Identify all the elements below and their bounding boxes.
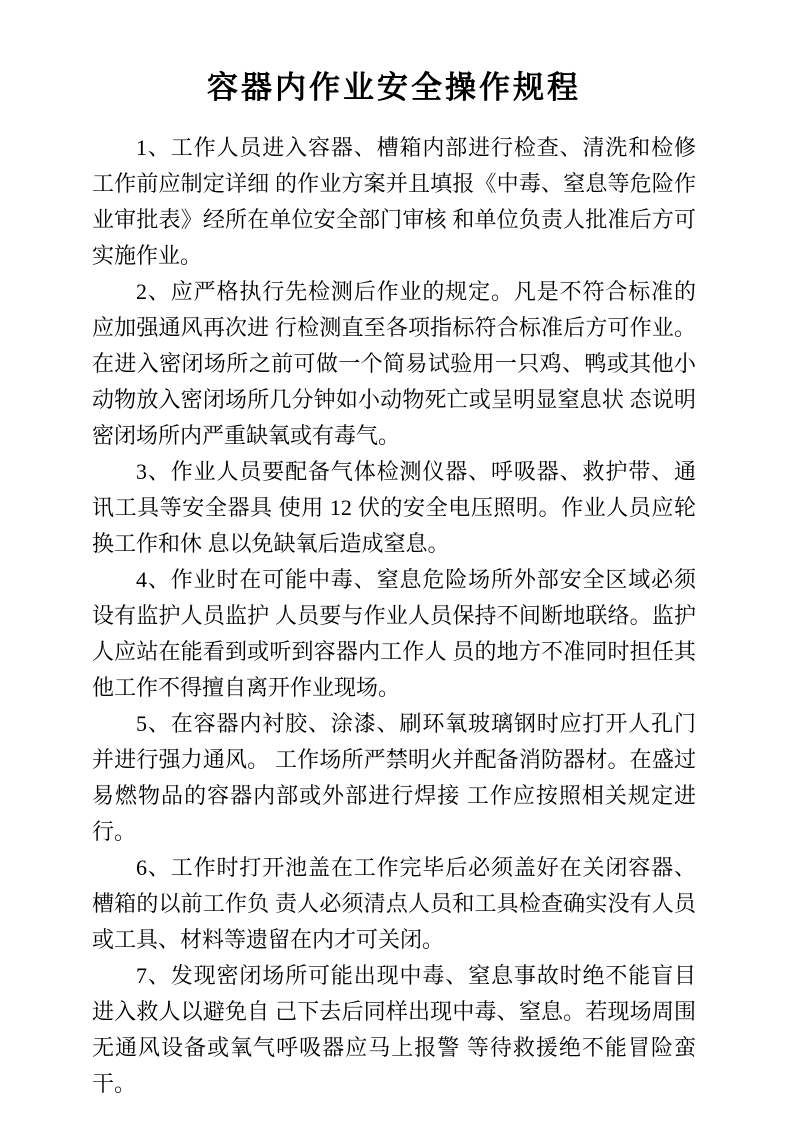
document-title: 容器内作业安全操作规程 — [92, 66, 696, 110]
paragraph-1: 1、工作人员进入容器、槽箱内部进行检查、清洗和检修工作前应制定详细 的作业方案并… — [92, 130, 696, 274]
paragraph-7: 7、发现密闭场所可能出现中毒、窒息事故时绝不能盲目进入救人以避免自 己下去后同样… — [92, 958, 696, 1102]
paragraph-6: 6、工作时打开池盖在工作完毕后必须盖好在关闭容器、槽箱的以前工作负 责人必须清点… — [92, 850, 696, 958]
paragraph-5: 5、在容器内衬胶、涂漆、刷环氧玻璃钢时应打开人孔门并进行强力通风。 工作场所严禁… — [92, 706, 696, 850]
paragraph-3: 3、作业人员要配备气体检测仪器、呼吸器、救护带、通讯工具等安全器具 使用 12 … — [92, 454, 696, 562]
document-page: 容器内作业安全操作规程 1、工作人员进入容器、槽箱内部进行检查、清洗和检修工作前… — [0, 0, 793, 1122]
paragraph-4: 4、作业时在可能中毒、窒息危险场所外部安全区域必须设有监护人员监护 人员要与作业… — [92, 562, 696, 706]
paragraph-2: 2、应严格执行先检测后作业的规定。凡是不符合标准的应加强通风再次进 行检测直至各… — [92, 274, 696, 454]
document-body: 1、工作人员进入容器、槽箱内部进行检查、清洗和检修工作前应制定详细 的作业方案并… — [92, 130, 696, 1102]
